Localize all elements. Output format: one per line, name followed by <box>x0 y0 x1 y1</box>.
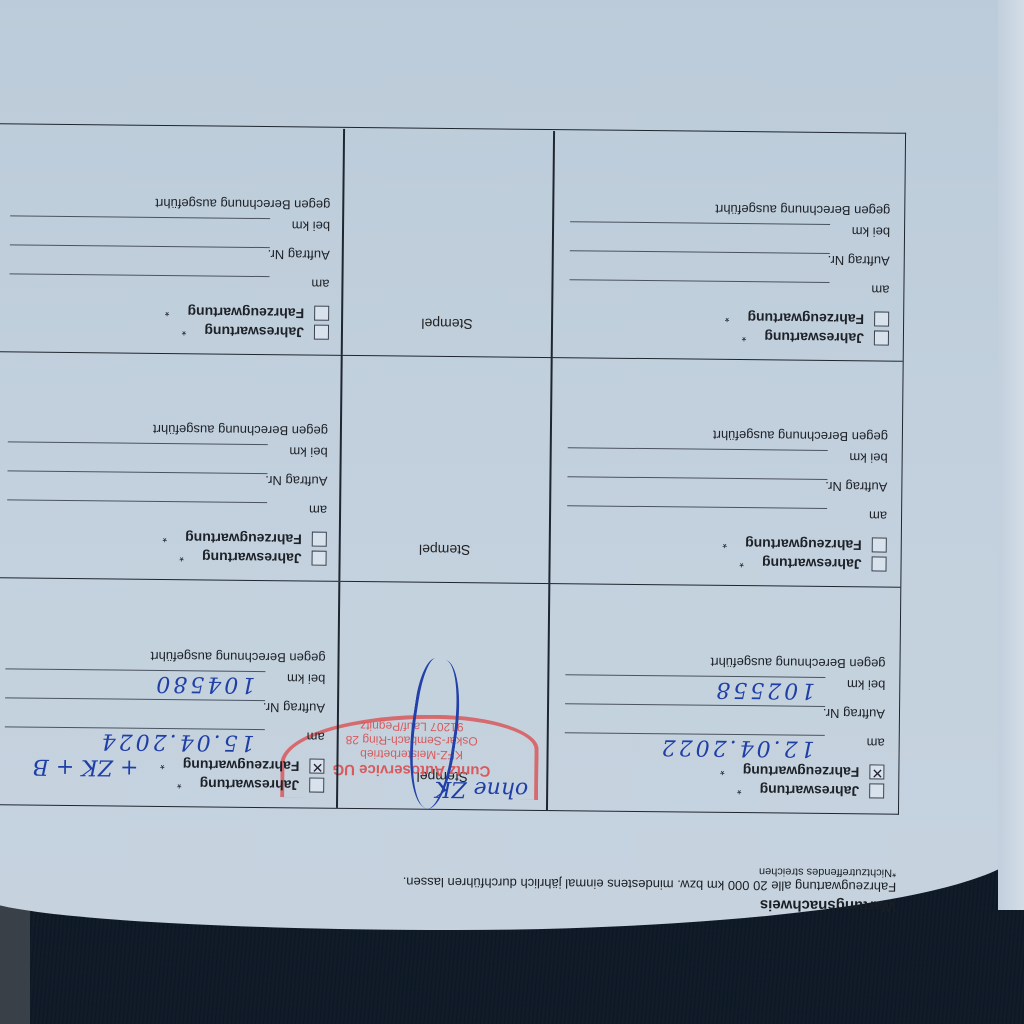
grid-row: Jahreswartung * Fahrzeugwartung * am Auf… <box>0 350 903 588</box>
option-vehicle[interactable]: Fahrzeugwartung * <box>567 534 887 553</box>
km-field[interactable]: bei km <box>10 215 330 237</box>
checkbox-vehicle[interactable] <box>869 765 884 780</box>
asterisk: * <box>160 758 165 772</box>
entry-cell: Jahreswartung * Fahrzeugwartung * am Auf… <box>343 129 905 361</box>
vehicle-label: Fahrzeugwartung <box>187 304 304 321</box>
entry-cell: Jahreswartung * Fahrzeugwartung * am Auf… <box>0 123 345 355</box>
km-field[interactable]: bei km 104580 <box>5 668 325 690</box>
date-label: am <box>825 735 885 751</box>
annual-label: Jahreswartung <box>762 555 862 572</box>
option-annual[interactable]: Jahreswartung * <box>564 780 884 799</box>
stamp-label: Stempel <box>341 541 549 559</box>
option-vehicle[interactable]: Fahrzeugwartung * <box>7 528 327 547</box>
maintenance-entry: Jahreswartung * Fahrzeugwartung * am Auf… <box>566 426 887 572</box>
km-field[interactable]: bei km 102558 <box>565 674 885 696</box>
maintenance-entry: Jahreswartung * Fahrzeugwartung * am Auf… <box>569 200 890 346</box>
maintenance-entry: Jahreswartung * Fahrzeugwartung * am Auf… <box>9 194 330 340</box>
date-field[interactable]: am <box>7 499 327 521</box>
km-field[interactable]: bei km <box>8 441 328 463</box>
order-label: Auftrag Nr. <box>830 253 890 269</box>
date-value: 15.04.2024 <box>99 728 255 755</box>
date-field[interactable]: am <box>569 279 889 301</box>
billing-label: gegen Berechnung ausgeführt <box>5 647 325 665</box>
order-label: Auftrag Nr. <box>270 247 330 263</box>
checkbox-annual[interactable] <box>312 551 327 566</box>
stamp-area: Stempel <box>340 355 550 583</box>
checkbox-vehicle[interactable] <box>874 312 889 327</box>
km-label: bei km <box>270 218 330 234</box>
asterisk: * <box>177 777 182 791</box>
vehicle-label: Fahrzeugwartung <box>747 310 864 327</box>
option-annual[interactable]: Jahreswartung * <box>7 547 327 566</box>
order-field[interactable]: Auftrag Nr. <box>565 703 885 725</box>
asterisk: * <box>722 537 727 551</box>
page-edge <box>998 0 1024 910</box>
grid-row: Jahreswartung * Fahrzeugwartung * am Auf… <box>0 124 905 362</box>
checkbox-annual[interactable] <box>874 331 889 346</box>
date-field[interactable]: am <box>567 505 887 527</box>
km-label: bei km <box>828 450 888 466</box>
asterisk: * <box>162 531 167 545</box>
handwritten-annotation: + ZK + B <box>33 754 139 780</box>
km-label: bei km <box>268 444 328 460</box>
photo-scene: Wartungsnachweis Fahrzeugwartung alle 20… <box>0 0 1024 1024</box>
stamp-label: Stempel <box>343 315 551 333</box>
checkbox-annual[interactable] <box>314 325 329 340</box>
checkbox-annual[interactable] <box>871 557 886 572</box>
billing-label: gegen Berechnung ausgeführt <box>565 653 885 671</box>
order-label: Auftrag Nr. <box>825 706 885 722</box>
date-label: am <box>829 282 889 298</box>
km-field[interactable]: bei km <box>570 221 890 243</box>
option-vehicle[interactable]: Fahrzeugwartung * <box>564 761 884 780</box>
km-label: bei km <box>830 224 890 240</box>
annual-label: Jahreswartung <box>760 782 860 799</box>
maintenance-entry: Jahreswartung * Fahrzeugwartung * am 12.… <box>564 653 885 799</box>
date-label: am <box>827 508 887 524</box>
date-value: 12.04.2022 <box>659 734 815 761</box>
date-label: am <box>269 276 329 292</box>
maintenance-record-upside-down: Wartungsnachweis Fahrzeugwartung alle 20… <box>0 125 944 915</box>
date-label: am <box>265 729 325 745</box>
date-field[interactable]: am 12.04.2022 <box>565 732 885 754</box>
checkbox-annual[interactable] <box>309 778 324 793</box>
asterisk: * <box>165 305 170 319</box>
date-field[interactable]: am 15.04.2024 <box>5 726 325 748</box>
billing-label: gegen Berechnung ausgeführt <box>568 426 888 444</box>
grid-row: Jahreswartung * Fahrzeugwartung * am 12.… <box>0 577 900 814</box>
vehicle-label: Fahrzeugwartung <box>745 536 862 553</box>
order-field[interactable]: Auftrag Nr. <box>567 476 887 498</box>
km-field[interactable]: bei km <box>568 447 888 469</box>
order-label: Auftrag Nr. <box>265 700 325 716</box>
option-annual[interactable]: Jahreswartung * <box>9 321 329 340</box>
km-value: 104580 <box>153 671 255 697</box>
annual-label: Jahreswartung <box>200 776 300 793</box>
annual-label: Jahreswartung <box>764 329 864 346</box>
stamp-area: Stempel <box>343 129 553 357</box>
annual-label: Jahreswartung <box>204 323 304 340</box>
grey-object-edge <box>0 900 30 1024</box>
option-vehicle[interactable]: Fahrzeugwartung * <box>569 308 889 327</box>
billing-label: gegen Berechnung ausgeführt <box>10 194 330 212</box>
checkbox-annual[interactable] <box>869 784 884 799</box>
billing-label: gegen Berechnung ausgeführt <box>8 420 328 438</box>
asterisk: * <box>725 311 730 325</box>
asterisk: * <box>739 556 744 570</box>
asterisk: * <box>720 764 725 778</box>
entry-cell: Jahreswartung * Fahrzeugwartung * am Auf… <box>340 355 902 587</box>
entry-cell: Jahreswartung * Fahrzeugwartung * am 15.… <box>0 576 340 808</box>
asterisk: * <box>182 324 187 338</box>
order-label: Auftrag Nr. <box>267 473 327 489</box>
billing-label: gegen Berechnung ausgeführt <box>570 200 890 218</box>
document-header: Wartungsnachweis Fahrzeugwartung alle 20… <box>0 825 897 914</box>
checkbox-vehicle[interactable] <box>309 759 324 774</box>
entry-cell: Jahreswartung * Fahrzeugwartung * am 12.… <box>338 582 900 814</box>
km-label: bei km <box>825 677 885 693</box>
vehicle-label: Fahrzeugwartung <box>183 757 300 774</box>
date-label: am <box>267 502 327 518</box>
checkbox-vehicle[interactable] <box>314 306 329 321</box>
order-field[interactable]: Auftrag Nr. <box>10 244 330 266</box>
annual-label: Jahreswartung <box>202 549 302 566</box>
asterisk: * <box>737 783 742 797</box>
maintenance-entry: Jahreswartung * Fahrzeugwartung * am Auf… <box>7 420 328 566</box>
order-field[interactable]: Auftrag Nr. <box>5 697 325 719</box>
date-field[interactable]: am <box>9 273 329 295</box>
maintenance-grid: Jahreswartung * Fahrzeugwartung * am 12.… <box>0 122 906 815</box>
asterisk: * <box>742 330 747 344</box>
km-label: bei km <box>265 671 325 687</box>
order-field[interactable]: Auftrag Nr. <box>570 250 890 272</box>
option-vehicle[interactable]: Fahrzeugwartung * <box>9 302 329 321</box>
option-annual[interactable]: Jahreswartung * <box>566 553 886 572</box>
checkbox-vehicle[interactable] <box>312 532 327 547</box>
km-value: 102558 <box>713 677 815 703</box>
option-annual[interactable]: Jahreswartung * <box>569 327 889 346</box>
vehicle-label: Fahrzeugwartung <box>185 530 302 547</box>
stamp-area: StempelCuntz Autoservice UGKFZ-Meisterbe… <box>338 582 548 810</box>
checkbox-vehicle[interactable] <box>872 538 887 553</box>
vehicle-label: Fahrzeugwartung <box>743 763 860 780</box>
order-field[interactable]: Auftrag Nr. <box>7 470 327 492</box>
order-label: Auftrag Nr. <box>827 479 887 495</box>
entry-cell: Jahreswartung * Fahrzeugwartung * am Auf… <box>0 349 343 581</box>
asterisk: * <box>179 550 184 564</box>
